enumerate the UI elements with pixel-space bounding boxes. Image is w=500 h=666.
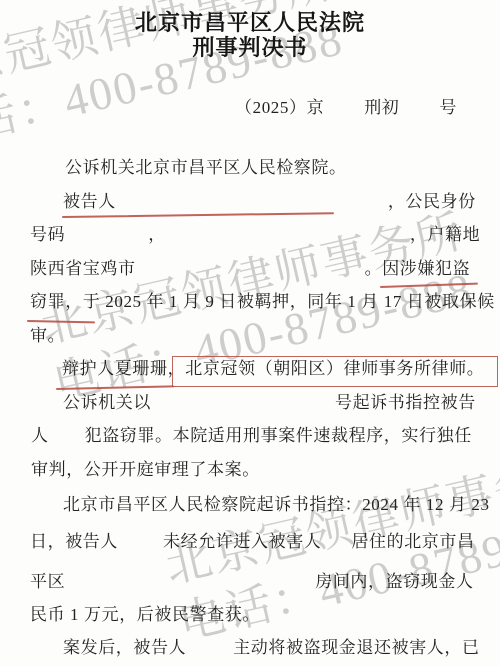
text-run: 未经允许进入被害人: [163, 532, 321, 551]
watermark-phone-number: 电话：400-8789-888: [48, 259, 482, 413]
law-firm-highlight-box: [172, 356, 498, 387]
household-line: 陕西省宝鸡市。因涉嫌犯盗: [30, 258, 470, 280]
id-number-line: 号码，，户籍地: [30, 224, 480, 246]
redacted-blank: [65, 586, 315, 587]
text-run: 。因涉嫌犯盗: [365, 259, 471, 278]
text-run: 居住的北京市昌: [351, 532, 474, 551]
text-run: 人: [31, 426, 49, 445]
defendant-name-underline: [62, 212, 334, 218]
text-run: 房间内，盗窃现金人: [315, 572, 473, 591]
redacted-blank: [49, 440, 85, 441]
text-run: 犯盗窃罪。本院适用刑事案件速裁程序，实行独任: [85, 426, 472, 445]
judgment-page: 北京冠领律师事务所电话：400-8789-888北京冠领律师事务所电话：400-…: [0, 0, 500, 666]
trial-line: 审判，公开开庭审理了本案。: [31, 459, 260, 481]
text-run: 公诉机关以: [63, 393, 151, 412]
redacted-blank: [186, 652, 233, 653]
text-run: 公诉机关北京市昌平区人民检察院。: [65, 158, 347, 177]
redacted-blank: [116, 206, 388, 207]
accusation-detail-line: 日，被告人未经允许进入被害人居住的北京市昌: [30, 531, 475, 553]
text-run: （2025）京: [235, 98, 324, 117]
text-run: 审。: [30, 326, 65, 345]
defender-name-underline: [56, 385, 174, 390]
text-run: 刑初: [364, 98, 399, 117]
text-run: 案发后，被告人: [63, 638, 186, 657]
detention-line: 窃罪，于 2025 年 1 月 9 日被羁押，同年 1 月 17 日被取保候: [30, 291, 495, 313]
theft-amount-line: 民币 1 万元，后被民警查获。: [30, 604, 260, 626]
accusation-date-line: 北京市昌平区人民检察院起诉书指控：2024 年 12 月 23: [63, 494, 490, 516]
prosecution-organ-line: 公诉机关北京市昌平区人民检察院。: [65, 157, 347, 179]
theft-charge-underline-right: [380, 283, 478, 288]
text-run: 号起诉书指控被告: [335, 393, 476, 412]
redacted-blank: [166, 239, 410, 240]
text-run: 主动将被盗现金退还被害人，已: [233, 638, 479, 657]
text-run: 日，被告人: [30, 532, 118, 551]
text-run: 陕西省宝鸡市: [30, 259, 136, 278]
redacted-blank: [399, 112, 439, 113]
text-run: 号码: [30, 225, 65, 244]
text-run: 民币 1 万元，后被民警查获。: [30, 605, 260, 624]
case-number-line: （2025）京刑初号: [235, 97, 457, 119]
text-run: 审判，公开开庭审理了本案。: [31, 460, 260, 479]
redacted-blank: [321, 546, 351, 547]
text-run: 平区: [30, 572, 65, 591]
document-type-title: 刑事判决书: [0, 31, 500, 62]
text-run: 被告人: [63, 192, 116, 211]
detention-line-end: 审。: [30, 325, 65, 347]
defendant-line: 被告人，公民身份: [63, 191, 476, 213]
theft-location-line: 平区房间内，盗窃现金人: [30, 571, 474, 593]
redacted-blank: [324, 112, 364, 113]
redacted-blank: [65, 239, 148, 240]
text-run: ，: [148, 225, 166, 244]
text-run: 北京市昌平区人民检察院起诉书指控：2024 年 12 月 23: [63, 495, 490, 514]
procedure-line: 人犯盗窃罪。本院适用刑事案件速裁程序，实行独任: [31, 425, 472, 447]
text-run: 号: [439, 98, 457, 117]
redacted-blank: [151, 407, 335, 408]
indictment-line: 公诉机关以号起诉书指控被告: [63, 392, 476, 414]
text-run: ，户籍地: [410, 225, 480, 244]
redacted-blank: [136, 273, 365, 274]
redacted-blank: [118, 546, 163, 547]
restitution-line: 案发后，被告人主动将被盗现金退还被害人，已: [63, 637, 480, 659]
text-run: 窃罪，于 2025 年 1 月 9 日被羁押，同年 1 月 17 日被取保候: [30, 292, 495, 311]
theft-charge-underline-left: [27, 320, 95, 323]
text-run: ，公民身份: [388, 192, 476, 211]
